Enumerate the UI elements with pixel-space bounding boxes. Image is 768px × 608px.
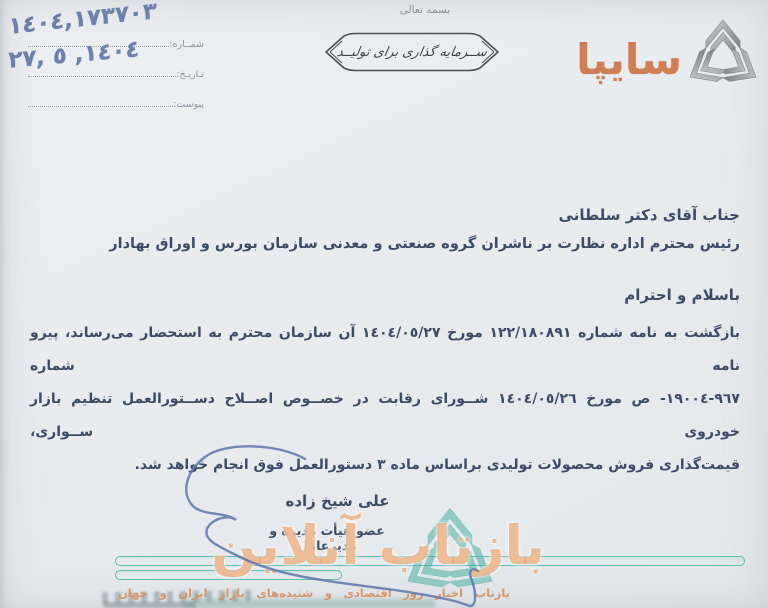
ref-attachment-label: پیوست: [173,99,208,110]
salutation-text: باسلام و احترام [624,286,740,304]
letter-page: شمــاره: تـاریـخ: پیوست: ١٤٠٤,١٧٣٧٠٣ ١٤٠… [0,0,768,608]
saipa-wordmark: سایپا [578,32,682,88]
slogan-text: ســرمایه گذاری برای تولیــد [316,27,509,77]
body-line-2: ٩٦٧-١٩٠٠٤- ص مورخ ١٤٠٤/٠٥/٢٦ شــورای رقا… [30,383,740,449]
recipient-title: رئیس محترم اداره نظارت بر ناشران گروه صن… [109,236,740,252]
ref-date-line [28,76,176,77]
recipient-name: جناب آقای دکتر سلطانی [559,206,740,224]
body-line-1: بازگشت به نامه شماره ١٢٢/١٨٠٨٩١ مورخ ١٤٠… [30,317,740,383]
besmellah-text: بسمه تعالی [355,4,495,16]
saipa-emblem-icon [684,18,762,98]
slogan-cartouche: ســرمایه گذاری برای تولیــد [320,27,504,77]
ref-number-label: شمــاره: [169,39,208,50]
ref-attachment-line [28,106,173,107]
signature-scribble [160,443,500,608]
ref-attachment-row: پیوست: [28,80,208,110]
ref-date-label: تـاریـخ: [176,69,208,80]
